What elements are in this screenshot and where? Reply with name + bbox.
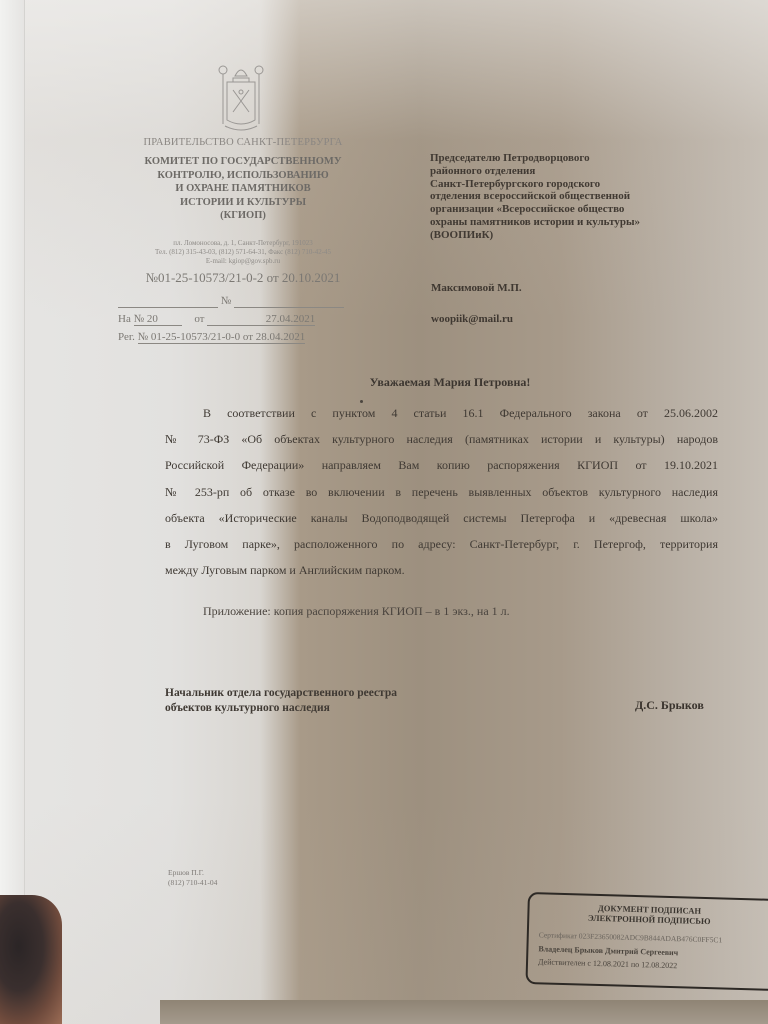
signatory-title-line: Начальник отдела государственного реестр… [165,686,397,701]
stamp-certificate: Сертификат 023F23650082ADC9B844ADAB476C0… [539,930,723,944]
registration-value: № 01-25-10573/21-0-0 от 28.04.2021 [138,331,306,344]
signatory-title: Начальник отдела государственного реестр… [165,686,397,716]
body-line: объекта «Исторические каналы Водоподводя… [165,511,718,526]
letter-page: ПРАВИТЕЛЬСТВО САНКТ-ПЕТЕРБУРГА КОМИТЕТ П… [0,0,768,1024]
recipient-block: Председателю Петродворцового районного о… [430,152,720,242]
committee-name: КОМИТЕТ ПО ГОСУДАРСТВЕННОМУ КОНТРОЛЮ, ИС… [118,155,368,223]
committee-line: ИСТОРИИ И КУЛЬТУРЫ [118,196,368,210]
executor-name: Ершов П.Г. [168,868,217,878]
hand-holding-page [0,895,62,1024]
government-name: ПРАВИТЕЛЬСТВО САНКТ-ПЕТЕРБУРГА [118,137,368,148]
stamp-owner: Владелец Брыков Дмитрий Сергеевич [538,944,678,957]
reply-to-date: 27.04.2021 [207,313,315,326]
greeting: Уважаемая Мария Петровна! [300,375,600,390]
body-line: № 253-рп об отказе во включении в перече… [165,485,718,500]
sender-address: пл. Ломоносова, д. 1, Санкт-Петербург, 1… [118,239,368,266]
reply-to-from-label: от [194,313,204,325]
number-label: № [221,295,232,307]
recipient-line: районного отделения [430,165,720,178]
stamp-title: ДОКУМЕНТ ПОДПИСАН ЭЛЕКТРОННОЙ ПОДПИСЬЮ [529,902,768,928]
underlying-page-edge [0,0,25,1024]
recipient-name: Максимовой М.П. [431,282,522,294]
recipient-email: woopiik@mail.ru [431,313,513,325]
registration-line: Рег. № 01-25-10573/21-0-0 от 28.04.2021 [118,331,305,344]
committee-line: (КГИОП) [118,209,368,223]
committee-line: И ОХРАНЕ ПАМЯТНИКОВ [118,182,368,196]
outgoing-number: №01-25-10573/21-0-2 от 20.10.2021 [118,270,368,286]
committee-line: КОНТРОЛЮ, ИСПОЛЬЗОВАНИЮ [118,169,368,183]
address-line: E-mail: kgiop@gov.spb.ru [118,257,368,266]
address-line: пл. Ломоносова, д. 1, Санкт-Петербург, 1… [118,239,368,248]
executor-phone: (812) 710-41-04 [168,878,217,888]
recipient-line: Санкт-Петербургского городского [430,178,720,191]
recipient-line: охраны памятников истории и культуры» [430,216,720,229]
recipient-line: (ВООПИиК) [430,229,720,242]
coat-of-arms-icon [215,62,267,134]
recipient-line: Председателю Петродворцового [430,152,720,165]
address-line: Тел. (812) 315-43-03, (812) 571-64-31, Ф… [118,248,368,257]
registration-label: Рег. [118,331,135,343]
attachment-note: Приложение: копия распоряжения КГИОП – в… [203,604,510,619]
committee-line: КОМИТЕТ ПО ГОСУДАРСТВЕННОМУ [118,155,368,169]
executor-info: Ершов П.Г. (812) 710-41-04 [168,868,217,888]
e-signature-stamp: ДОКУМЕНТ ПОДПИСАН ЭЛЕКТРОННОЙ ПОДПИСЬЮ С… [525,892,768,991]
body-line: В соответствии с пунктом 4 статьи 16.1 Ф… [165,406,718,421]
reply-to-line: На № 20 от 27.04.2021 [118,313,315,326]
reply-to-label: На [118,313,131,325]
ink-dot [360,400,363,403]
stamp-validity: Действителен с 12.08.2021 по 12.08.2022 [538,957,677,970]
recipient-line: отделения всероссийской общественной [430,190,720,203]
signatory-name: Д.С. Брыков [635,698,704,713]
body-line: № 73-ФЗ «Об объектах культурного наследи… [165,432,718,447]
number-line: № [118,295,344,308]
reply-to-number: № 20 [134,313,182,326]
body-line: в Луговом парке», расположенного по адре… [165,537,718,552]
body-line: между Луговым парком и Английским парком… [165,563,718,578]
recipient-line: организации «Всероссийское общество [430,203,720,216]
signatory-title-line: объектов культурного наследия [165,701,397,716]
table-surface [160,1000,768,1024]
body-line: Российской Федерации» направляем Вам коп… [165,458,718,473]
